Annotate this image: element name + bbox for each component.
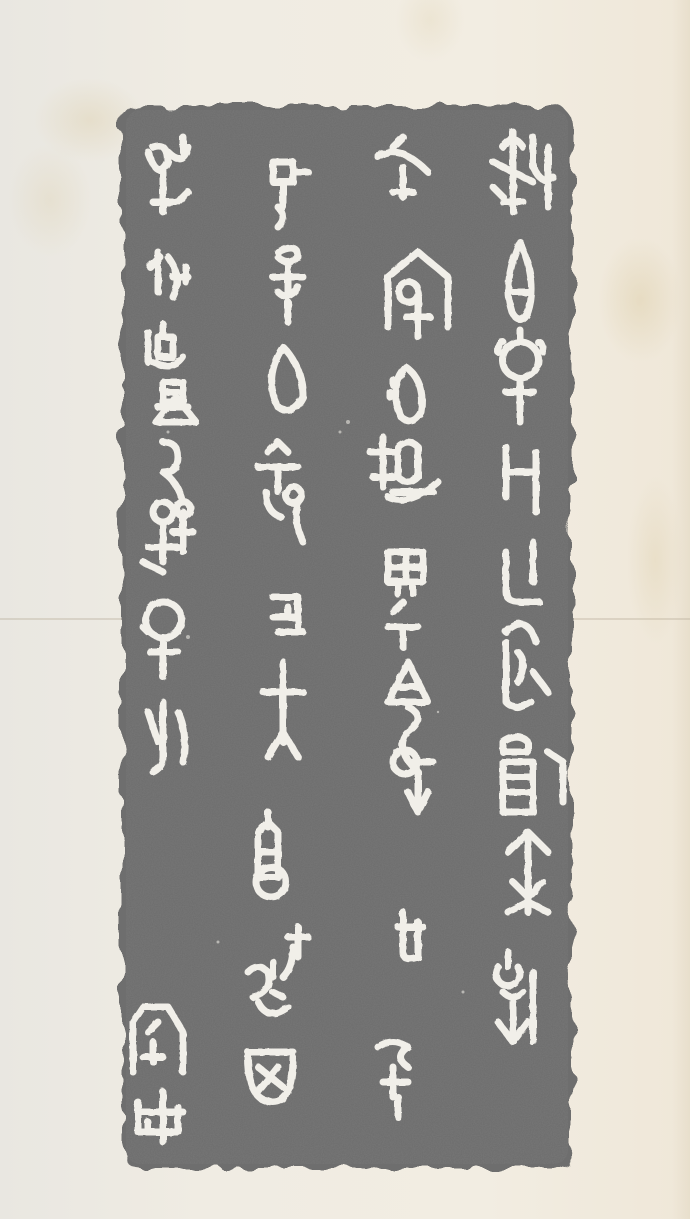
rubbing-canvas bbox=[108, 92, 586, 1182]
paper-edge bbox=[672, 0, 690, 1219]
paper-sheet bbox=[0, 0, 690, 1219]
ink-rubbing bbox=[108, 92, 586, 1182]
